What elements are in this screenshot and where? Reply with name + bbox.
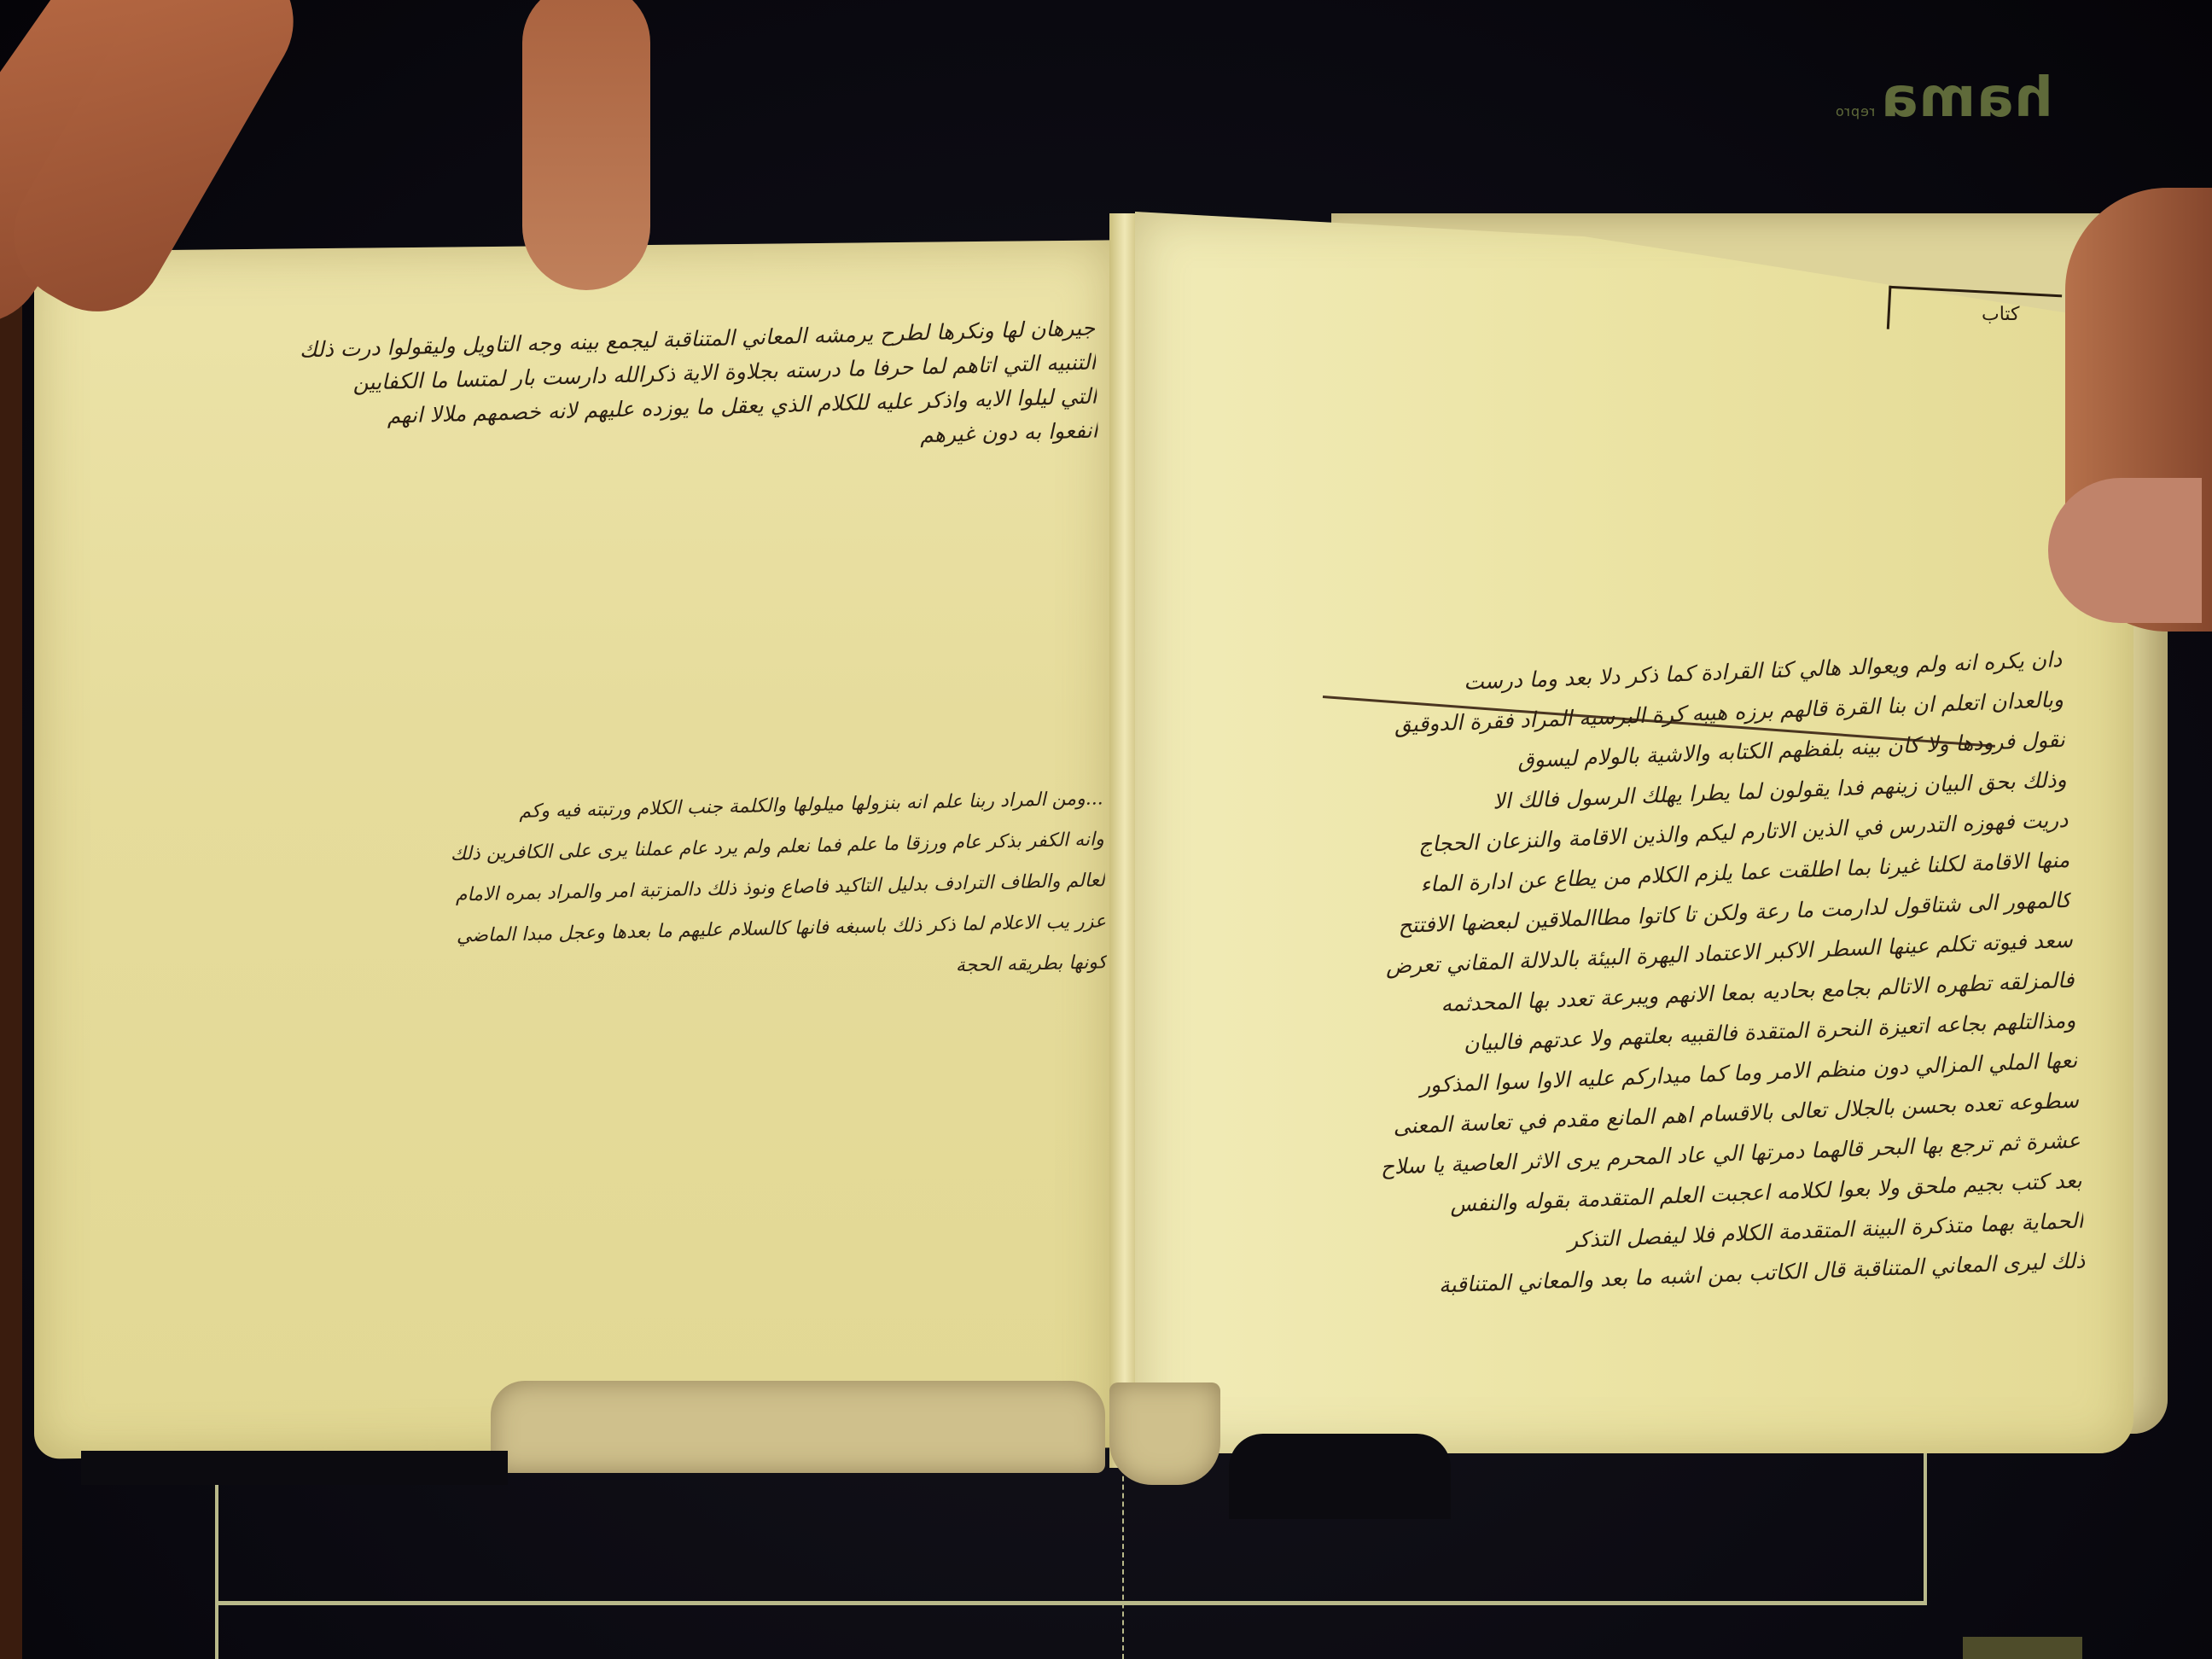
right-hand-thumb	[2048, 478, 2202, 623]
text-line: كونها بطريقه الحجة	[725, 942, 1108, 992]
brand-subtitle: repro	[1835, 103, 1875, 119]
page-tab-label: كتاب	[1982, 304, 2020, 325]
stand-corner-tile	[1963, 1637, 2082, 1659]
missing-paper-area-right	[1229, 1434, 1451, 1519]
stand-brand-logo: hamarepro	[1835, 67, 2091, 126]
stand-guide-line-center	[1122, 1451, 1124, 1659]
wooden-edge	[0, 137, 22, 1659]
damaged-page-edge-center	[1109, 1382, 1220, 1485]
stand-guide-line-bottom	[215, 1601, 1927, 1605]
damaged-page-edge-left	[491, 1381, 1105, 1473]
right-page-text: دان يكره انه ولم ويعوالد هالي كتا القراد…	[1115, 639, 2086, 1317]
page-tab-frame	[1887, 286, 2062, 339]
left-hand-thumb	[522, 0, 650, 290]
missing-paper-area	[81, 1451, 508, 1485]
left-page-top-text: جيرهان لها ونكرها لطرح يرمشه المعاني الم…	[148, 311, 1098, 474]
brand-name: hama	[1880, 67, 2053, 130]
left-page-bottom-text: ...ومن المراد ربنا علم انه بنزولها ميلول…	[147, 778, 1107, 1004]
stand-guide-line-left	[215, 1466, 218, 1659]
